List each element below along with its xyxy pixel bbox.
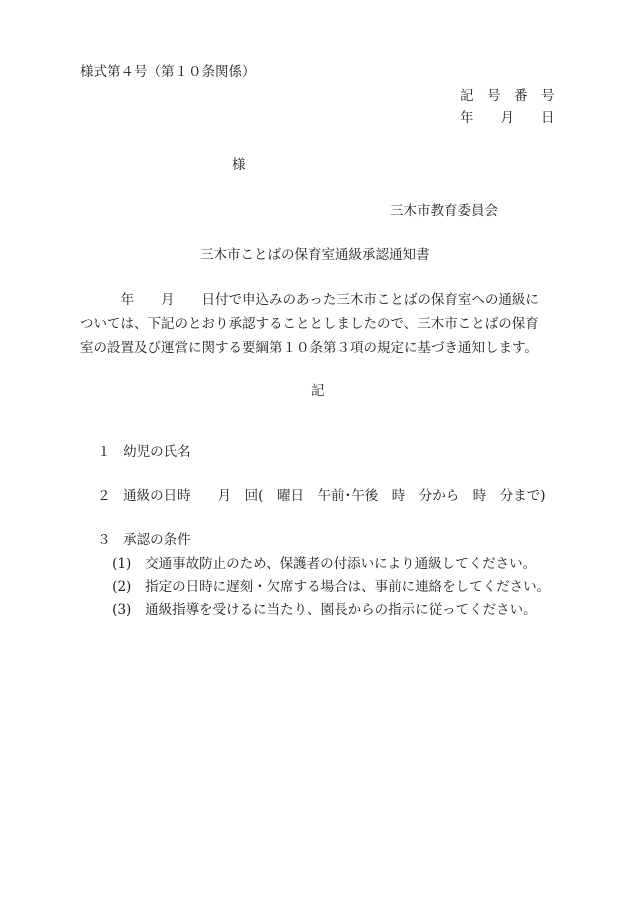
condition-number: (3): [112, 604, 145, 618]
form-number: 様式第４号（第１０条関係）: [80, 66, 256, 80]
addressee-suffix: 様: [232, 159, 246, 173]
item-number: １: [97, 446, 123, 460]
item-attendance-schedule: ２通級の日時 月 回( 曜日 午前･午後 時 分から 時 分まで): [80, 476, 545, 517]
date-label: 年 月 日: [460, 112, 555, 126]
ki-heading: 記: [311, 385, 325, 399]
item-child-name: １幼児の氏名: [80, 432, 191, 473]
body-paragraph-line: 室の設置及び運営に関する要綱第１０条第３項の規定に基づき通知します。: [80, 342, 538, 356]
body-paragraph-line: ついては、下記のとおり承認することとしましたので、三木市ことばの保育: [80, 318, 539, 332]
body-paragraph-line: 年 月 日付で申込みのあった三木市ことばの保育室への通級に: [80, 294, 539, 308]
issuer-name: 三木市教育委員会: [390, 205, 498, 219]
document-title: 三木市ことばの保育室通級承認通知書: [200, 249, 430, 263]
condition-text: 通級指導を受けるに当たり、園長からの指示に従ってください。: [145, 602, 537, 618]
item-text: 通級の日時 月 回( 曜日 午前･午後 時 分から 時 分まで): [123, 488, 545, 504]
item-text: 幼児の氏名: [123, 444, 191, 460]
item-number: ２: [97, 490, 123, 504]
condition-item: (3)通級指導を受けるに当たり、園長からの指示に従ってください。: [95, 590, 537, 631]
record-number-label: 記 号 番 号: [460, 90, 555, 104]
